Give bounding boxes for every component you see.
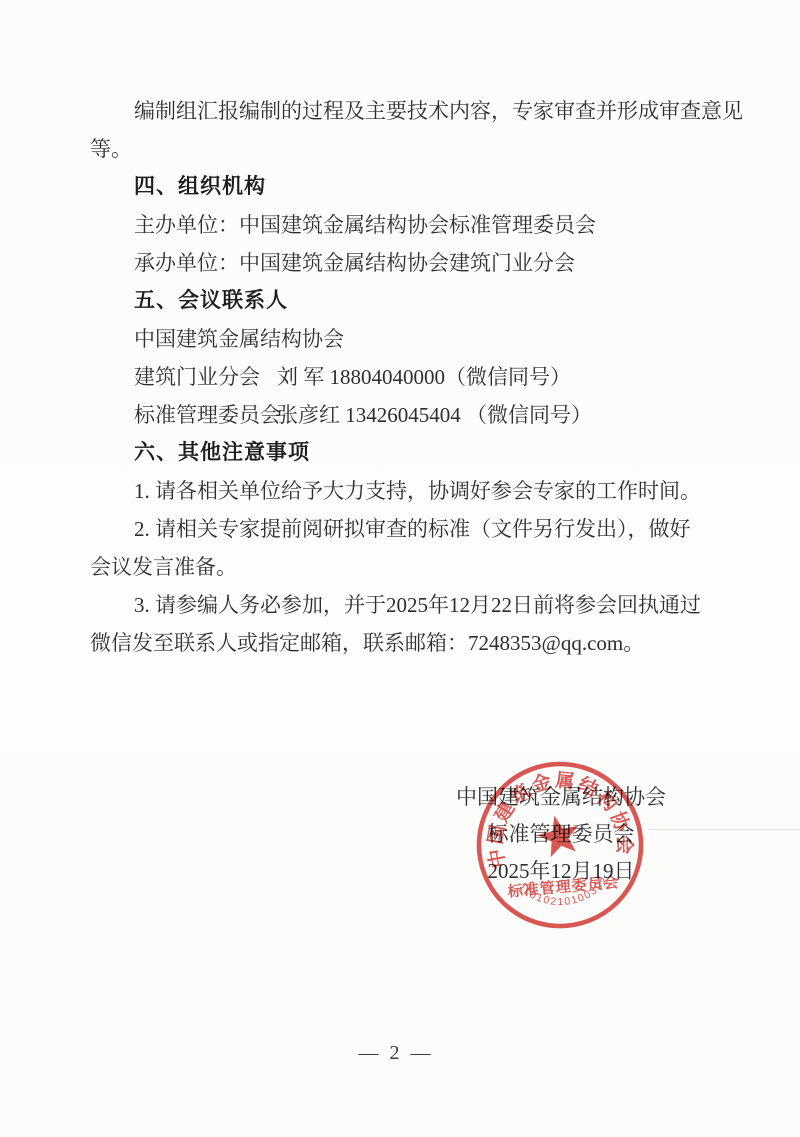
organizer-unit-label: 承办单位：: [134, 251, 239, 275]
note-item-3-line-2: 微信发至联系人或指定邮箱，联系邮箱：7248353@qq.com。: [90, 624, 726, 662]
signature-committee: 标准管理委员会: [430, 816, 692, 853]
signature-block: 中国建筑金属结构协会 标准管理委员会 2025年12月19日: [430, 779, 692, 890]
section-title-contacts: 五、会议联系人: [90, 282, 726, 320]
document-page: 编制组汇报编制的过程及主要技术内容，专家审查并形成审查意见 等。 四、组织机构 …: [0, 0, 800, 1137]
intro-line-2: 等。: [90, 130, 726, 168]
section-title-notes: 六、其他注意事项: [90, 434, 726, 472]
host-unit-row: 主办单位：中国建筑金属结构协会标准管理委员会: [90, 206, 726, 244]
contact-row: 建筑门业分会刘 军 18804040000（微信同号）: [90, 358, 726, 396]
host-unit-label: 主办单位：: [134, 213, 239, 237]
association-name: 中国建筑金属结构协会: [90, 320, 726, 358]
note-item-3-line-1: 3. 请参编人务必参加，并于2025年12月22日前将参会回执通过: [90, 586, 726, 624]
host-unit-value: 中国建筑金属结构协会标准管理委员会: [239, 213, 596, 237]
contact-department: 标准管理委员会: [134, 396, 277, 434]
organizer-unit-row: 承办单位：中国建筑金属结构协会建筑门业分会: [90, 244, 726, 282]
signature-date: 2025年12月19日: [430, 853, 692, 890]
page-number: — 2 —: [0, 1042, 792, 1065]
note-item-1: 1. 请各相关单位给予大力支持，协调好参会专家的工作时间。: [90, 472, 726, 510]
note-item-2-line-1: 2. 请相关专家提前阅研拟审查的标准（文件另行发出），做好: [90, 510, 726, 548]
organizer-unit-value: 中国建筑金属结构协会建筑门业分会: [239, 251, 575, 275]
signature-organization: 中国建筑金属结构协会: [430, 779, 692, 816]
section-title-organization: 四、组织机构: [90, 168, 726, 206]
contact-detail: 刘 军 18804040000（微信同号）: [277, 365, 571, 389]
contact-department: 建筑门业分会: [134, 358, 277, 396]
note-item-2-line-2: 会议发言准备。: [90, 548, 726, 586]
contact-detail: 张彦红 13426045404 （微信同号）: [277, 403, 592, 427]
contact-row: 标准管理委员会张彦红 13426045404 （微信同号）: [90, 396, 726, 434]
document-body: 编制组汇报编制的过程及主要技术内容，专家审查并形成审查意见 等。 四、组织机构 …: [90, 92, 726, 662]
intro-line-1: 编制组汇报编制的过程及主要技术内容，专家审查并形成审查意见: [90, 92, 726, 130]
